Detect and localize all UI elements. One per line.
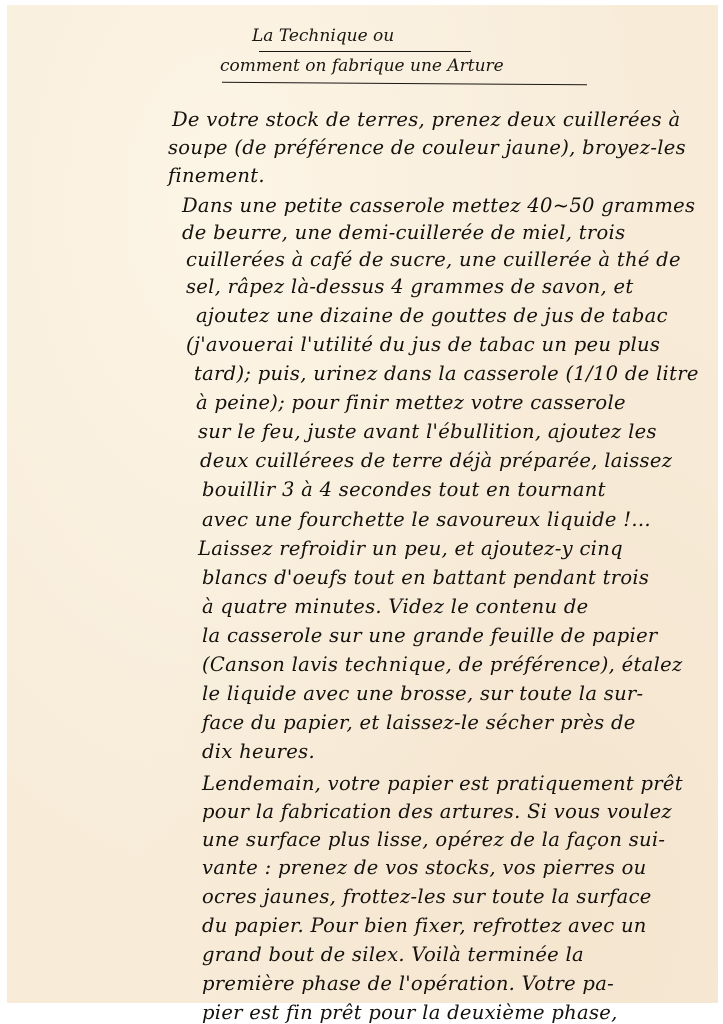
text-line: (Canson lavis technique, de préférence),… xyxy=(202,653,683,676)
text-line: Laissez refroidir un peu, et ajoutez-y c… xyxy=(198,537,623,560)
text-line: tard); puis, urinez dans la casserole (1… xyxy=(194,362,699,385)
text-line: ajoutez une dizaine de gouttes de jus de… xyxy=(196,304,668,327)
text-line: face du papier, et laissez-le sécher prè… xyxy=(202,711,636,734)
text-line: deux cuillérees de terre déjà préparée, … xyxy=(200,449,672,472)
text-line: bouillir 3 à 4 secondes tout en tournant xyxy=(202,478,606,501)
text-line: pour la fabrication des artures. Si vous… xyxy=(202,800,672,823)
text-line: cuillerées à café de sucre, une cuilleré… xyxy=(186,248,681,271)
text-line: une surface plus lisse, opérez de la faç… xyxy=(202,828,665,851)
text-line: soupe (de préférence de couleur jaune), … xyxy=(168,136,686,159)
text-line: pier est fin prêt pour la deuxième phase… xyxy=(202,1001,618,1024)
text-line: finement. xyxy=(168,164,265,187)
title-line-2: comment on fabrique une Arture xyxy=(220,56,504,76)
text-line: (j'avouerai l'utilité du jus de tabac un… xyxy=(186,333,660,356)
text-line: vante : prenez de vos stocks, vos pierre… xyxy=(202,856,646,879)
text-line: dix heures. xyxy=(202,740,315,763)
text-line: ocres jaunes, frottez-les sur toute la s… xyxy=(202,885,652,908)
text-line: à quatre minutes. Videz le contenu de xyxy=(202,595,589,618)
text-line: avec une fourchette le savoureux liquide… xyxy=(202,508,651,531)
text-line: le liquide avec une brosse, sur toute la… xyxy=(202,682,643,705)
text-line: la casserole sur une grande feuille de p… xyxy=(202,624,658,647)
text-line: de beurre, une demi-cuillerée de miel, t… xyxy=(182,221,625,244)
text-line: grand bout de silex. Voilà terminée la xyxy=(202,943,584,966)
text-line: Lendemain, votre papier est pratiquement… xyxy=(202,772,683,795)
text-line: Dans une petite casserole mettez 40~50 g… xyxy=(182,194,695,217)
title-line-1: La Technique ou xyxy=(252,26,394,46)
text-line: à peine); pour finir mettez votre casser… xyxy=(196,391,626,414)
text-line: du papier. Pour bien fixer, refrottez av… xyxy=(202,914,647,937)
text-line: sel, râpez là-dessus 4 grammes de savon,… xyxy=(186,275,633,298)
text-line: sur le feu, juste avant l'ébullition, aj… xyxy=(198,420,657,443)
text-line: De votre stock de terres, prenez deux cu… xyxy=(172,108,680,131)
text-line: blancs d'oeufs tout en battant pendant t… xyxy=(202,566,649,589)
text-line: première phase de l'opération. Votre pa- xyxy=(202,972,614,995)
title-underline-1 xyxy=(259,51,471,52)
